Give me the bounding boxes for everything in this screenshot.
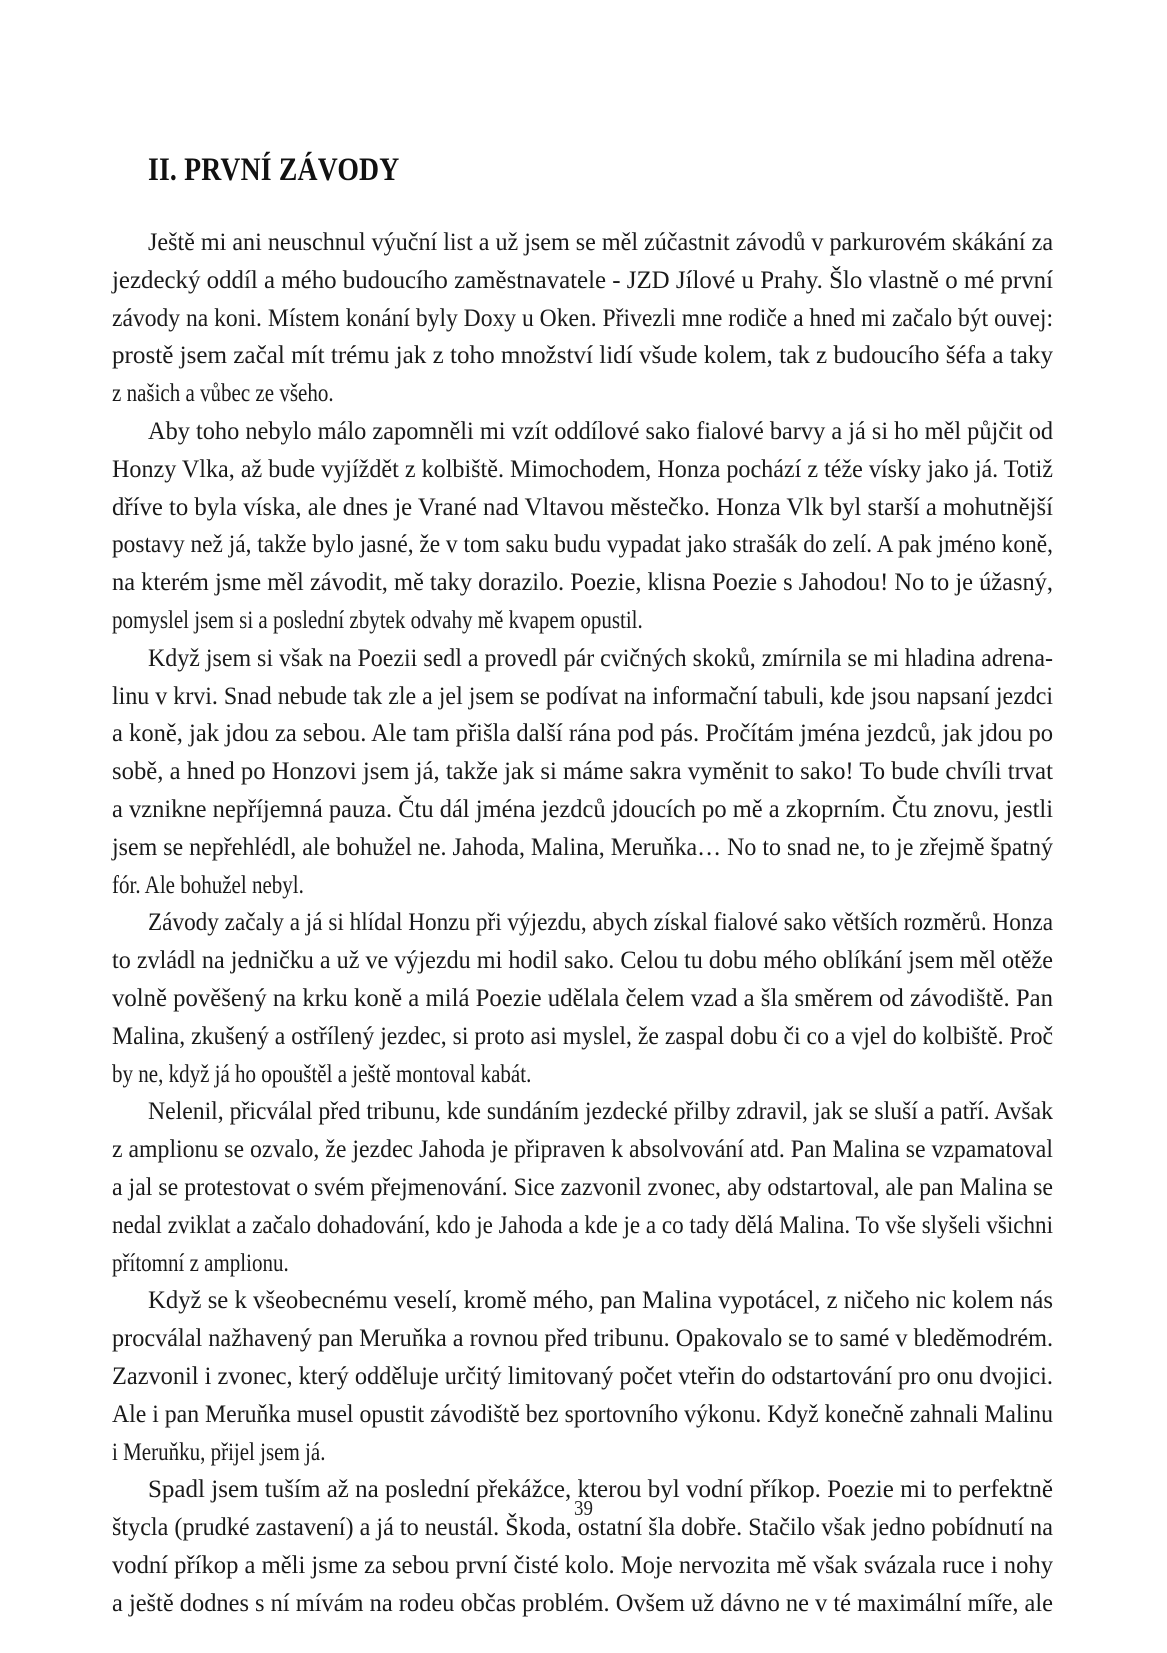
text-line: linu v krvi. Snad nebude tak zle a jel j… [112, 678, 1053, 716]
text-line-content: Nelenil, přicválal před tribunu, kde sun… [148, 1093, 1053, 1131]
text-line-content: procválal nažhavený pan Meruňka a rovnou… [112, 1320, 1053, 1358]
text-line: jsem se nepřehlédl, ale bohužel ne. Jaho… [112, 829, 1053, 867]
text-line: i Meruňku, přijel jsem já. [112, 1434, 1053, 1472]
text-line-content: nedal zviklat a začalo dohadování, kdo j… [112, 1207, 1053, 1245]
text-line-content: Aby toho nebylo málo zapomněli mi vzít o… [148, 413, 1053, 451]
text-line-content: dříve to byla víska, ale dnes je Vrané n… [112, 489, 1053, 527]
text-line: z našich a vůbec ze všeho. [112, 375, 1053, 413]
text-line-content: Závody začaly a já si hlídal Honzu při v… [148, 904, 1053, 942]
text-line-content: a koně, jak jdou za sebou. Ale tam přišl… [112, 715, 1053, 753]
text-line-content: Ještě mi ani neuschnul výuční list a už … [148, 224, 1053, 262]
text-line: na kterém jsme měl závodit, mě taky dora… [112, 564, 1053, 602]
text-line-content: na kterém jsme měl závodit, mě taky dora… [112, 564, 1053, 602]
text-line: Nelenil, přicválal před tribunu, kde sun… [112, 1093, 1053, 1131]
page-number: 39 [58, 1496, 1108, 1521]
text-line-content: jezdecký oddíl a mého budoucího zaměstna… [112, 262, 1053, 300]
text-line: závody na koni. Místem konání byly Doxy … [112, 300, 1053, 338]
text-line: fór. Ale bohužel nebyl. [112, 867, 1053, 905]
book-page: II. PRVNÍ ZÁVODY Ještě mi ani neuschnul … [0, 0, 1167, 1653]
text-line-content: Malina, zkušený a ostřílený jezdec, si p… [112, 1018, 1053, 1056]
text-line-content: Honzy Vlka, až bude vyjíždět z kolbiště.… [112, 451, 1053, 489]
text-line: Malina, zkušený a ostřílený jezdec, si p… [112, 1018, 1053, 1056]
text-line-content: a jal se protestovat o svém přejmenování… [112, 1169, 1053, 1207]
text-line: pomyslel jsem si a poslední zbytek odvah… [112, 602, 1053, 640]
text-line-content: Když jsem si však na Poezii sedl a prove… [148, 640, 1053, 678]
text-line: a koně, jak jdou za sebou. Ale tam přišl… [112, 715, 1053, 753]
text-line-content: Ale i pan Meruňka musel opustit závodišt… [112, 1396, 1053, 1434]
text-line: nedal zviklat a začalo dohadování, kdo j… [112, 1207, 1053, 1245]
text-line: prostě jsem začal mít trému jak z toho m… [112, 337, 1053, 375]
body-text: Ještě mi ani neuschnul výuční list a už … [112, 224, 1053, 1622]
text-line-content: z našich a vůbec ze všeho. [112, 375, 334, 413]
text-line-content: jsem se nepřehlédl, ale bohužel ne. Jaho… [112, 829, 1053, 867]
text-line-content: pomyslel jsem si a poslední zbytek odvah… [112, 602, 643, 640]
text-line-content: i Meruňku, přijel jsem já. [112, 1434, 325, 1472]
text-line: a jal se protestovat o svém přejmenování… [112, 1169, 1053, 1207]
text-line: a vznikne nepříjemná pauza. Čtu dál jmén… [112, 791, 1053, 829]
text-line: sobě, a hned po Honzovi jsem já, takže j… [112, 753, 1053, 791]
text-line-content: a vznikne nepříjemná pauza. Čtu dál jmén… [112, 791, 1053, 829]
text-line: z amplionu se ozvalo, že jezdec Jahoda j… [112, 1131, 1053, 1169]
text-line: Ještě mi ani neuschnul výuční list a už … [112, 224, 1053, 262]
text-line-content: fór. Ale bohužel nebyl. [112, 867, 304, 905]
text-line-content: to zvládl na jedničku a už ve výjezdu mi… [112, 942, 1053, 980]
text-line: Ale i pan Meruňka musel opustit závodišt… [112, 1396, 1053, 1434]
text-line-content: prostě jsem začal mít trému jak z toho m… [112, 337, 1053, 375]
text-line-content: a ještě dodnes s ní mívám na rodeu občas… [112, 1585, 1053, 1623]
text-line: postavy než já, takže bylo jasné, že v t… [112, 526, 1053, 564]
text-line-content: by ne, když já ho opouštěl a ještě monto… [112, 1056, 531, 1094]
text-line: jezdecký oddíl a mého budoucího zaměstna… [112, 262, 1053, 300]
text-line-content: postavy než já, takže bylo jasné, že v t… [112, 526, 1053, 564]
text-line: procválal nažhavený pan Meruňka a rovnou… [112, 1320, 1053, 1358]
text-line: Zazvonil i zvonec, který odděluje určitý… [112, 1358, 1053, 1396]
text-line-content: přítomní z amplionu. [112, 1245, 289, 1283]
text-line-content: vodní příkop a měli jsme za sebou první … [112, 1547, 1053, 1585]
text-line: Když se k všeobecnému veselí, kromě mého… [112, 1282, 1053, 1320]
text-line: to zvládl na jedničku a už ve výjezdu mi… [112, 942, 1053, 980]
text-line: Závody začaly a já si hlídal Honzu při v… [112, 904, 1053, 942]
text-line-content: Zazvonil i zvonec, který odděluje určitý… [112, 1358, 1053, 1396]
text-line-content: Když se k všeobecnému veselí, kromě mého… [148, 1282, 1053, 1320]
text-line: dříve to byla víska, ale dnes je Vrané n… [112, 489, 1053, 527]
text-line-content: linu v krvi. Snad nebude tak zle a jel j… [112, 678, 1053, 716]
text-line: a ještě dodnes s ní mívám na rodeu občas… [112, 1585, 1053, 1623]
text-line: Když jsem si však na Poezii sedl a prove… [112, 640, 1053, 678]
text-line-content: závody na koni. Místem konání byly Doxy … [112, 300, 1053, 338]
text-line-content: volně pověšený na krku koně a milá Poezi… [112, 980, 1053, 1018]
chapter-title: II. PRVNÍ ZÁVODY [148, 152, 399, 189]
text-line: vodní příkop a měli jsme za sebou první … [112, 1547, 1053, 1585]
text-line: volně pověšený na krku koně a milá Poezi… [112, 980, 1053, 1018]
text-line: Aby toho nebylo málo zapomněli mi vzít o… [112, 413, 1053, 451]
text-line: by ne, když já ho opouštěl a ještě monto… [112, 1056, 1053, 1094]
text-line-content: z amplionu se ozvalo, že jezdec Jahoda j… [112, 1131, 1053, 1169]
text-line: přítomní z amplionu. [112, 1245, 1053, 1283]
text-line: Honzy Vlka, až bude vyjíždět z kolbiště.… [112, 451, 1053, 489]
text-line-content: sobě, a hned po Honzovi jsem já, takže j… [112, 753, 1053, 791]
